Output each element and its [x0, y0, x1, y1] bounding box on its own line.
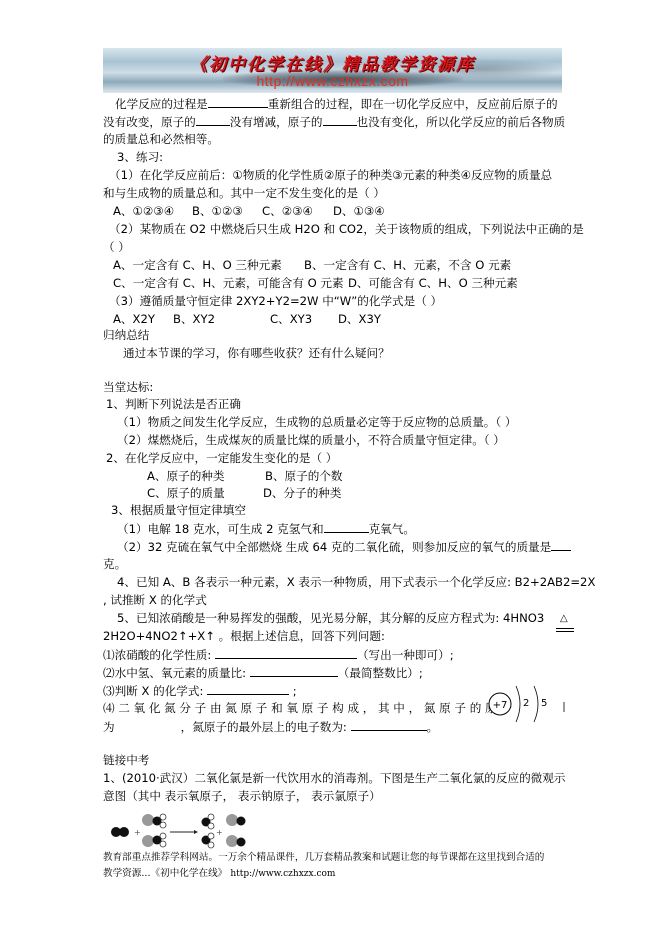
header-banner: 《初中化学在线》精品教学资源库 http://www.czhxzx.com — [103, 48, 562, 93]
question-text: （写出一种即可）; — [357, 648, 454, 662]
question-text: ⑴浓硝酸的化学性质: — [103, 648, 211, 662]
practice-q1-line2: 和与生成物的质量总和。其中一定不发生变化的是（ ） — [103, 186, 385, 200]
question-text: 为 — [103, 720, 115, 734]
test-q3-1: （1）电解 18 克水，可生成 2 克氢气和克氧气。 — [117, 521, 415, 536]
test-q3: 3、根据质量守恒定律填空 — [111, 503, 246, 517]
footer-text: 教学资源...《初中化学在线》 — [103, 868, 227, 879]
svg-text:+: + — [134, 828, 141, 837]
exam-link-heading: 链接中考 — [103, 753, 149, 767]
test-q1-2: （2）煤燃烧后，生成煤灰的质量比煤的质量小，不符合质量守恒定律。（ ） — [117, 433, 505, 447]
question-text: （2）32 克硫在氧气中全部燃烧 生成 64 克的二氧化硫，则参加反应的氧气的质… — [117, 540, 551, 554]
question-text: 5、已知浓硝酸是一种易挥发的强酸，见光易分解，其分解的反应方程式为: 4HNO3 — [117, 611, 544, 625]
blank-chemical-property[interactable] — [215, 647, 357, 659]
option-a: A、X2Y — [113, 312, 155, 326]
practice-q3-line: （3）遵循质量守恒定律 2XY2+Y2=2W 中“W”的化学式是（ ） — [109, 294, 442, 308]
question-text: ⑶判断 X 的化学式: — [103, 684, 203, 698]
option-c: C、②③④ — [262, 204, 313, 218]
option-a: A、①②③④ — [113, 204, 174, 218]
blank-2[interactable] — [196, 114, 230, 126]
intro-text: 没有增减，原子的 — [230, 115, 323, 129]
banner-url: http://www.czhxzx.com — [103, 73, 562, 89]
summary-text: 通过本节课的学习，你有哪些收获？还有什么疑问？ — [123, 346, 390, 360]
question-text: 克氧气。 — [369, 522, 415, 536]
atom-nucleus-label: +7 — [493, 700, 508, 711]
option-b: B、①②③ — [192, 204, 243, 218]
practice-q2-option-d: D、可能含有 C、H、O 三种元素 — [348, 276, 518, 290]
blank-oxygen-mass[interactable] — [324, 521, 369, 533]
exam-link-q1-line2: 意图（其中 表示氧原子， 表示钠原子， 表示氯原子） — [103, 789, 381, 803]
practice-heading: 3、练习: — [117, 150, 163, 164]
test-q2-option-b: B、原子的个数 — [265, 469, 343, 483]
test-q5-1: ⑴浓硝酸的化学性质: （写出一种即可）; — [103, 647, 454, 662]
option-d: D、①③④ — [333, 204, 385, 218]
test-q5-line1: 5、已知浓硝酸是一种易挥发的强酸，见光易分解，其分解的反应方程式为: 4HNO3… — [117, 611, 574, 625]
exam-link-q1-line1: 1、(2010·武汉）二氧化氯是新一代饮用水的消毒剂。下图是生产二氧化氯的反应的… — [103, 771, 565, 785]
test-q5-line2: 2H2O+4NO2↑+X↑ 。根据上述信息，回答下列问题: — [103, 629, 385, 643]
svg-text:+: + — [216, 828, 223, 837]
intro-line-2: 没有改变，原子的没有增减，原子的也没有变化，所以化学反应的前后各物质 — [103, 114, 565, 129]
practice-q2-option-c: C、一定含有 C、H、元素，可能含有 O 元素 — [113, 276, 344, 290]
blank-1[interactable] — [208, 96, 268, 108]
footer-line-1: 教育部重点推荐学科网站。一万余个精品课件，几万套精品教案和试题让您的每节课都在这… — [103, 851, 544, 865]
test-q5-3: ⑶判断 X 的化学式: ; — [103, 683, 297, 698]
electron-shell-1: 2 — [523, 698, 529, 709]
test-q1: 1、判断下列说法是否正确 — [106, 397, 241, 411]
question-text: （最简整数比）; — [338, 666, 423, 680]
practice-q2-line1: （2）某物质在 O2 中燃烧后只生成 H2O 和 CO2，关于该物质的组成，下列… — [109, 222, 584, 236]
test-q4-line2: , 试推断 X 的化学式 — [103, 593, 207, 607]
reaction-micro-diagram-icon: + + — [108, 810, 258, 850]
test-q5-4-line1: ⑷ 二 氧 化 氮 分 子 由 氮 原 子 和 氧 原 子 构 成 ， 其 中 … — [103, 701, 512, 715]
intro-text: 没有改变，原子的 — [103, 115, 196, 129]
question-text: （1）电解 18 克水，可生成 2 克氢气和 — [117, 522, 324, 536]
intro-text: 也没有变化，所以化学反应的前后各物质 — [357, 115, 566, 129]
question-text: 。 — [427, 720, 439, 734]
footer-line-2: 教学资源...《初中化学在线》 http://www.czhxzx.com — [103, 867, 335, 881]
blank-oxygen-reacted[interactable] — [551, 539, 571, 551]
practice-q2-option-a: A、一定含有 C、H、O 三种元素 — [113, 258, 282, 272]
option-b: B、XY2 — [173, 312, 215, 326]
test-q3-2-end: 克。 — [103, 557, 126, 571]
test-q2-option-a: A、原子的种类 — [147, 469, 225, 483]
intro-line-1: 化学反应的过程是重新组合的过程，即在一切化学反应中，反应前后原子的 — [115, 96, 558, 111]
test-q2-option-d: D、分子的种类 — [263, 486, 342, 500]
footer-url-link[interactable]: http://www.czhxzx.com — [230, 869, 335, 879]
intro-text: 重新组合的过程，即在一切化学反应中，反应前后原子的 — [268, 97, 558, 111]
summary-heading: 归纳总结 — [103, 328, 149, 342]
test-q5-4-line2: 为，氮原子的最外层上的电子数为: 。 — [103, 719, 438, 734]
practice-q1-line1: （1）在化学反应前后：①物质的化学性质②原子的种类③元素的种类④反应物的质量总 — [109, 168, 552, 182]
delta-icon: △ — [560, 612, 568, 626]
nitrogen-atom-diagram-icon: +7 2 5 — [488, 682, 568, 726]
intro-text: 化学反应的过程是 — [115, 97, 208, 111]
option-c: C、XY3 — [270, 312, 312, 326]
test-q5-2: ⑵水中氢、氧元素的质量比: （最简整数比）; — [103, 665, 423, 680]
question-text: ，氮原子的最外层上的电子数为: — [181, 720, 347, 734]
intro-line-3: 的质量总和必然相等。 — [103, 132, 219, 146]
blank-outer-electrons[interactable] — [351, 719, 427, 731]
question-text: ⑵水中氢、氧元素的质量比: — [103, 666, 246, 680]
test-q3-2: （2）32 克硫在氧气中全部燃烧 生成 64 克的二氧化硫，则参加反应的氧气的质… — [117, 539, 571, 554]
practice-q2-option-b: B、一定含有 C、H、元素，不含 O 元素 — [304, 258, 511, 272]
electron-shell-2: 5 — [541, 698, 547, 709]
blank-mass-ratio[interactable] — [250, 665, 338, 677]
question-text: ; — [293, 684, 297, 698]
test-q1-1: （1）物质之间发生化学反应，生成物的总质量必定等于反应物的总质量。（ ） — [117, 415, 516, 429]
test-q2-option-c: C、原子的质量 — [147, 486, 225, 500]
blank-x-formula[interactable] — [207, 683, 289, 695]
test-q4-line1: 4、已知 A、B 各表示一种元素，X 表示一种物质，用下式表示一个化学反应: B… — [117, 575, 595, 589]
blank-3[interactable] — [323, 114, 357, 126]
option-d: D、X3Y — [338, 312, 381, 326]
test-heading: 当堂达标: — [103, 380, 153, 394]
test-q2: 2、在化学反应中，一定能发生变化的是（ ） — [106, 451, 337, 465]
banner-title: 《初中化学在线》精品教学资源库 — [103, 50, 562, 75]
practice-q2-line2: （ ） — [103, 240, 130, 254]
